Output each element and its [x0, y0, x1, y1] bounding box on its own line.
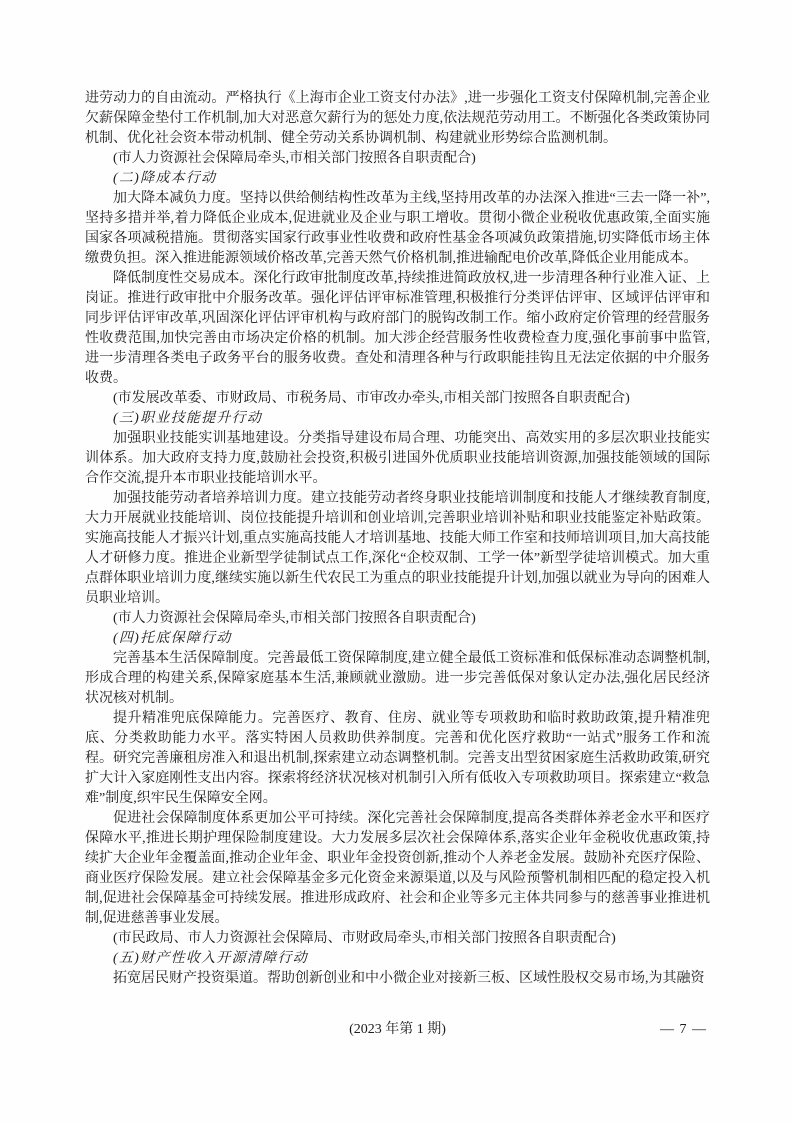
paragraph: 加大降本减负力度。坚持以供给侧结构性改革为主线,坚持用改革的办法深入推进“三去一… — [85, 189, 710, 269]
paragraph: 完善基本生活保障制度。完善最低工资保障制度,建立健全最低工资标准和低保标准动态调… — [85, 649, 710, 709]
agency-note: (市发展改革委、市财政局、市税务局、市审改办牵头,市相关部门按照各自职责配合) — [85, 389, 710, 409]
page-number: — 7 — — [660, 1020, 707, 1040]
paragraph: 加强技能劳动者培养培训力度。建立技能劳动者终身职业技能培训制度和技能人才继续教育… — [85, 489, 710, 609]
paragraph: 拓宽居民财产投资渠道。帮助创新创业和中小微企业对接新三板、区域性股权交易市场,为… — [85, 969, 710, 989]
agency-note: (市民政局、市人力资源社会保障局、市财政局牵头,市相关部门按照各自职责配合) — [85, 929, 710, 949]
page-footer: (2023 年第 1 期) — 7 — — [85, 1020, 710, 1040]
document-body: 进劳动力的自由流动。严格执行《上海市企业工资支付办法》,进一步强化工资支付保障机… — [85, 89, 710, 989]
section-heading-4: (四)托底保障行动 — [85, 629, 710, 649]
section-heading-5: (五)财产性收入开源清障行动 — [85, 949, 710, 969]
paragraph: 提升精准兜底保障能力。完善医疗、教育、住房、就业等专项救助和临时救助政策,提升精… — [85, 709, 710, 809]
paragraph: 加强职业技能实训基地建设。分类指导建设布局合理、功能突出、高效实用的多层次职业技… — [85, 429, 710, 489]
paragraph: 促进社会保障制度体系更加公平可持续。深化完善社会保障制度,提高各类群体养老金水平… — [85, 809, 710, 929]
issue-label: (2023 年第 1 期) — [85, 1020, 710, 1040]
paragraph-continuation: 进劳动力的自由流动。严格执行《上海市企业工资支付办法》,进一步强化工资支付保障机… — [85, 89, 710, 149]
agency-note: (市人力资源社会保障局牵头,市相关部门按照各自职责配合) — [85, 149, 710, 169]
paragraph: 降低制度性交易成本。深化行政审批制度改革,持续推进简政放权,进一步清理各种行业准… — [85, 269, 710, 389]
section-heading-3: (三)职业技能提升行动 — [85, 409, 710, 429]
document-page: 进劳动力的自由流动。严格执行《上海市企业工资支付办法》,进一步强化工资支付保障机… — [0, 0, 793, 1122]
agency-note: (市人力资源社会保障局牵头,市相关部门按照各自职责配合) — [85, 609, 710, 629]
section-heading-2: (二)降成本行动 — [85, 169, 710, 189]
